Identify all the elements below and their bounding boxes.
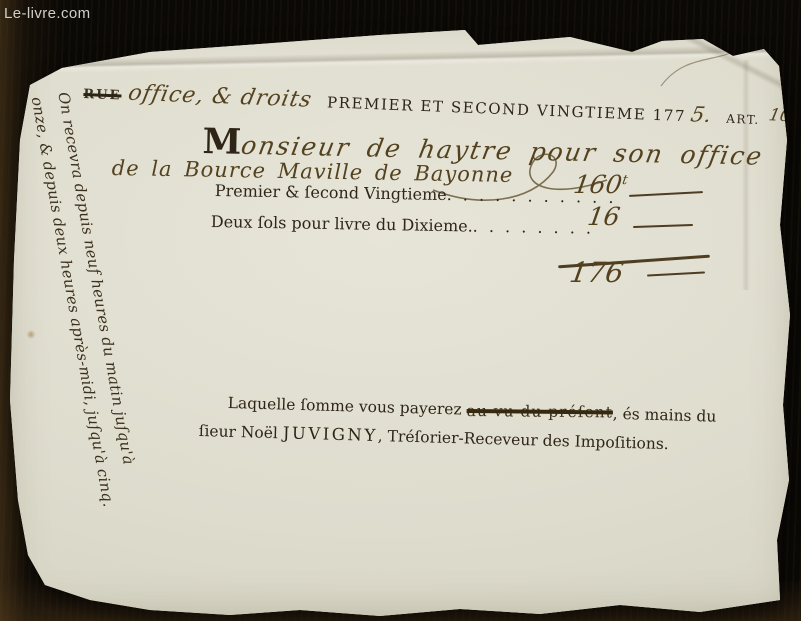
handwritten-year-digit: 5. <box>689 102 714 127</box>
article-label: ART. <box>726 112 760 127</box>
document-title: PREMIER ET SECOND VINGTIEME 177 <box>327 93 687 125</box>
amount-dash-stroke <box>629 191 703 197</box>
paper-crease-top <box>40 44 780 73</box>
charge-amount-unit: t <box>621 173 629 188</box>
crossed-out-word: RUE <box>83 87 122 103</box>
amount-dash-stroke <box>633 224 693 228</box>
footer-text-before: Laquelle ſomme vous payerez <box>227 394 466 419</box>
margin-note: On recevra depuis neuf heures du matin j… <box>23 90 148 509</box>
footer-text-after: , és mains du <box>613 405 717 426</box>
charge-amount-2: 16 <box>586 202 622 231</box>
charge-row-2: Deux ſols pour livre du Dixieme.. . . . … <box>211 212 595 238</box>
printed-initial: M <box>202 121 242 163</box>
charge-amount-value: 16 <box>586 202 622 231</box>
footer-text-sieur: ſieur Noël <box>198 422 283 442</box>
handwritten-annotation: office, & droits <box>126 81 314 113</box>
charge-amount-value: 160 <box>572 170 624 199</box>
footer-line2: ſieur Noël JUVIGNY, Tréſorier-Receveur d… <box>198 421 669 453</box>
handwritten-article-number: 10. <box>767 105 798 126</box>
charge-label: Deux ſols pour livre du Dixieme. <box>211 212 473 236</box>
charge-row-1: Premier & ſecond Vingtieme. . . . . . . … <box>215 181 617 207</box>
watermark-text: Le-livre.com <box>4 5 91 22</box>
paper-stain <box>26 330 36 339</box>
treasurer-name: JUVIGNY <box>283 423 378 445</box>
paper-crease-vertical <box>742 60 750 290</box>
paper-shadow-wrap: RUE office, & droits PREMIER ET SECOND V… <box>0 0 801 621</box>
photo-background: Le-livre.com RUE office, & droits PREMIE… <box>0 0 801 621</box>
charge-amount-1: 160t <box>572 170 630 199</box>
footer-line1: Laquelle ſomme vous payerez au vu du pré… <box>227 394 716 426</box>
charge-label: Premier & ſecond Vingtieme <box>215 181 447 204</box>
charge-leader-dots: . . . . . . . . <box>473 217 595 238</box>
struck-payment-terms: au vu du préſent <box>466 402 612 422</box>
header-line: RUE office, & droits PREMIER ET SECOND V… <box>83 79 796 131</box>
total-dash-stroke <box>647 271 705 276</box>
document-paper: RUE office, & droits PREMIER ET SECOND V… <box>0 0 801 621</box>
footer-text-title: , Tréſorier-Receveur des Impoſitions. <box>378 427 669 453</box>
total-amount: 176 <box>567 256 626 289</box>
